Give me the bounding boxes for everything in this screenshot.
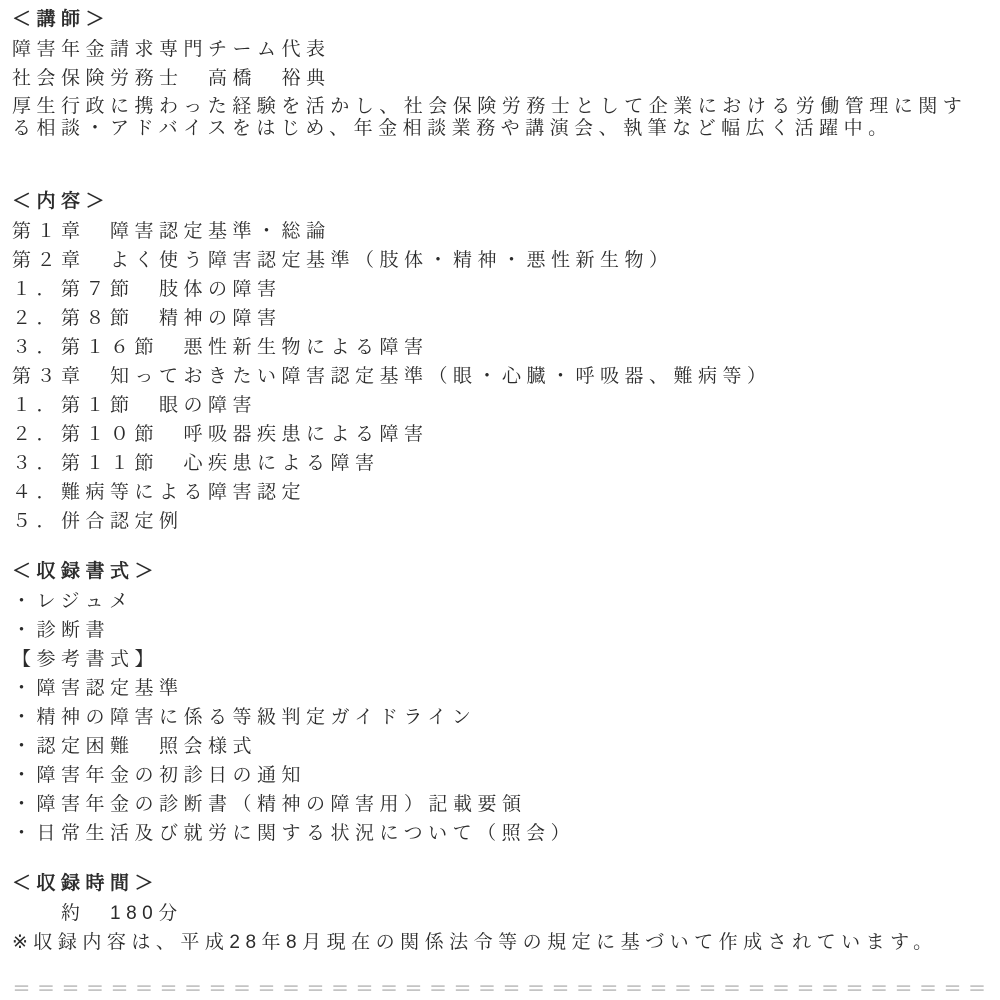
duration-heading: ＜収録時間＞: [12, 872, 990, 895]
double-dash-divider: ＝＝＝＝＝＝＝＝＝＝＝＝＝＝＝＝＝＝＝＝＝＝＝＝＝＝＝＝＝＝＝＝＝＝＝＝＝＝＝＝…: [12, 978, 990, 1000]
lecturer-bio: 厚生行政に携わった経験を活かし、社会保険労務士として企業における労働管理に関する…: [12, 96, 990, 140]
contents-item: １．第７節 肢体の障害: [12, 278, 990, 301]
contents-item: ３．第１１節 心疾患による障害: [12, 452, 990, 475]
contents-item: １．第１節 眼の障害: [12, 394, 990, 417]
contents-heading: ＜内容＞: [12, 190, 990, 213]
lecturer-name: 社会保険労務士 高橋 裕典: [12, 67, 990, 90]
contents-item: 第３章 知っておきたい障害認定基準（眼・心臓・呼吸器、難病等）: [12, 365, 990, 388]
formats-section: ＜収録書式＞ ・レジュメ ・診断書 【参考書式】 ・障害認定基準 ・精神の障害に…: [12, 560, 990, 845]
contents-item: ２．第８節 精神の障害: [12, 307, 990, 330]
contents-item: ３．第１６節 悪性新生物による障害: [12, 336, 990, 359]
formats-item: 【参考書式】: [12, 648, 990, 671]
formats-item: ・障害認定基準: [12, 677, 990, 700]
document-page: ＜講師＞ 障害年金請求専門チーム代表 社会保険労務士 高橋 裕典 厚生行政に携わ…: [0, 0, 1000, 1000]
formats-item: ・障害年金の診断書（精神の障害用）記載要領: [12, 793, 990, 816]
formats-item: ・精神の障害に係る等級判定ガイドライン: [12, 706, 990, 729]
contents-section: ＜内容＞ 第１章 障害認定基準・総論 第２章 よく使う障害認定基準（肢体・精神・…: [12, 190, 990, 533]
formats-item: ・診断書: [12, 619, 990, 642]
formats-item: ・障害年金の初診日の通知: [12, 764, 990, 787]
contents-item: ２．第１０節 呼吸器疾患による障害: [12, 423, 990, 446]
duration-value: 約 180分: [12, 902, 990, 925]
lecturer-section: ＜講師＞ 障害年金請求専門チーム代表 社会保険労務士 高橋 裕典 厚生行政に携わ…: [12, 8, 990, 140]
contents-item: ５．併合認定例: [12, 510, 990, 533]
formats-item: ・レジュメ: [12, 590, 990, 613]
contents-item: 第１章 障害認定基準・総論: [12, 220, 990, 243]
lecturer-team: 障害年金請求専門チーム代表: [12, 38, 990, 61]
formats-heading: ＜収録書式＞: [12, 560, 990, 583]
lecturer-heading: ＜講師＞: [12, 8, 990, 31]
contents-item: 第２章 よく使う障害認定基準（肢体・精神・悪性新生物）: [12, 249, 990, 272]
contents-item: ４．難病等による障害認定: [12, 481, 990, 504]
duration-note: ※収録内容は、平成28年8月現在の関係法令等の規定に基づいて作成されています。: [12, 931, 990, 954]
formats-item: ・日常生活及び就労に関する状況について（照会）: [12, 822, 990, 845]
formats-item: ・認定困難 照会様式: [12, 735, 990, 758]
duration-section: ＜収録時間＞ 約 180分 ※収録内容は、平成28年8月現在の関係法令等の規定に…: [12, 872, 990, 954]
